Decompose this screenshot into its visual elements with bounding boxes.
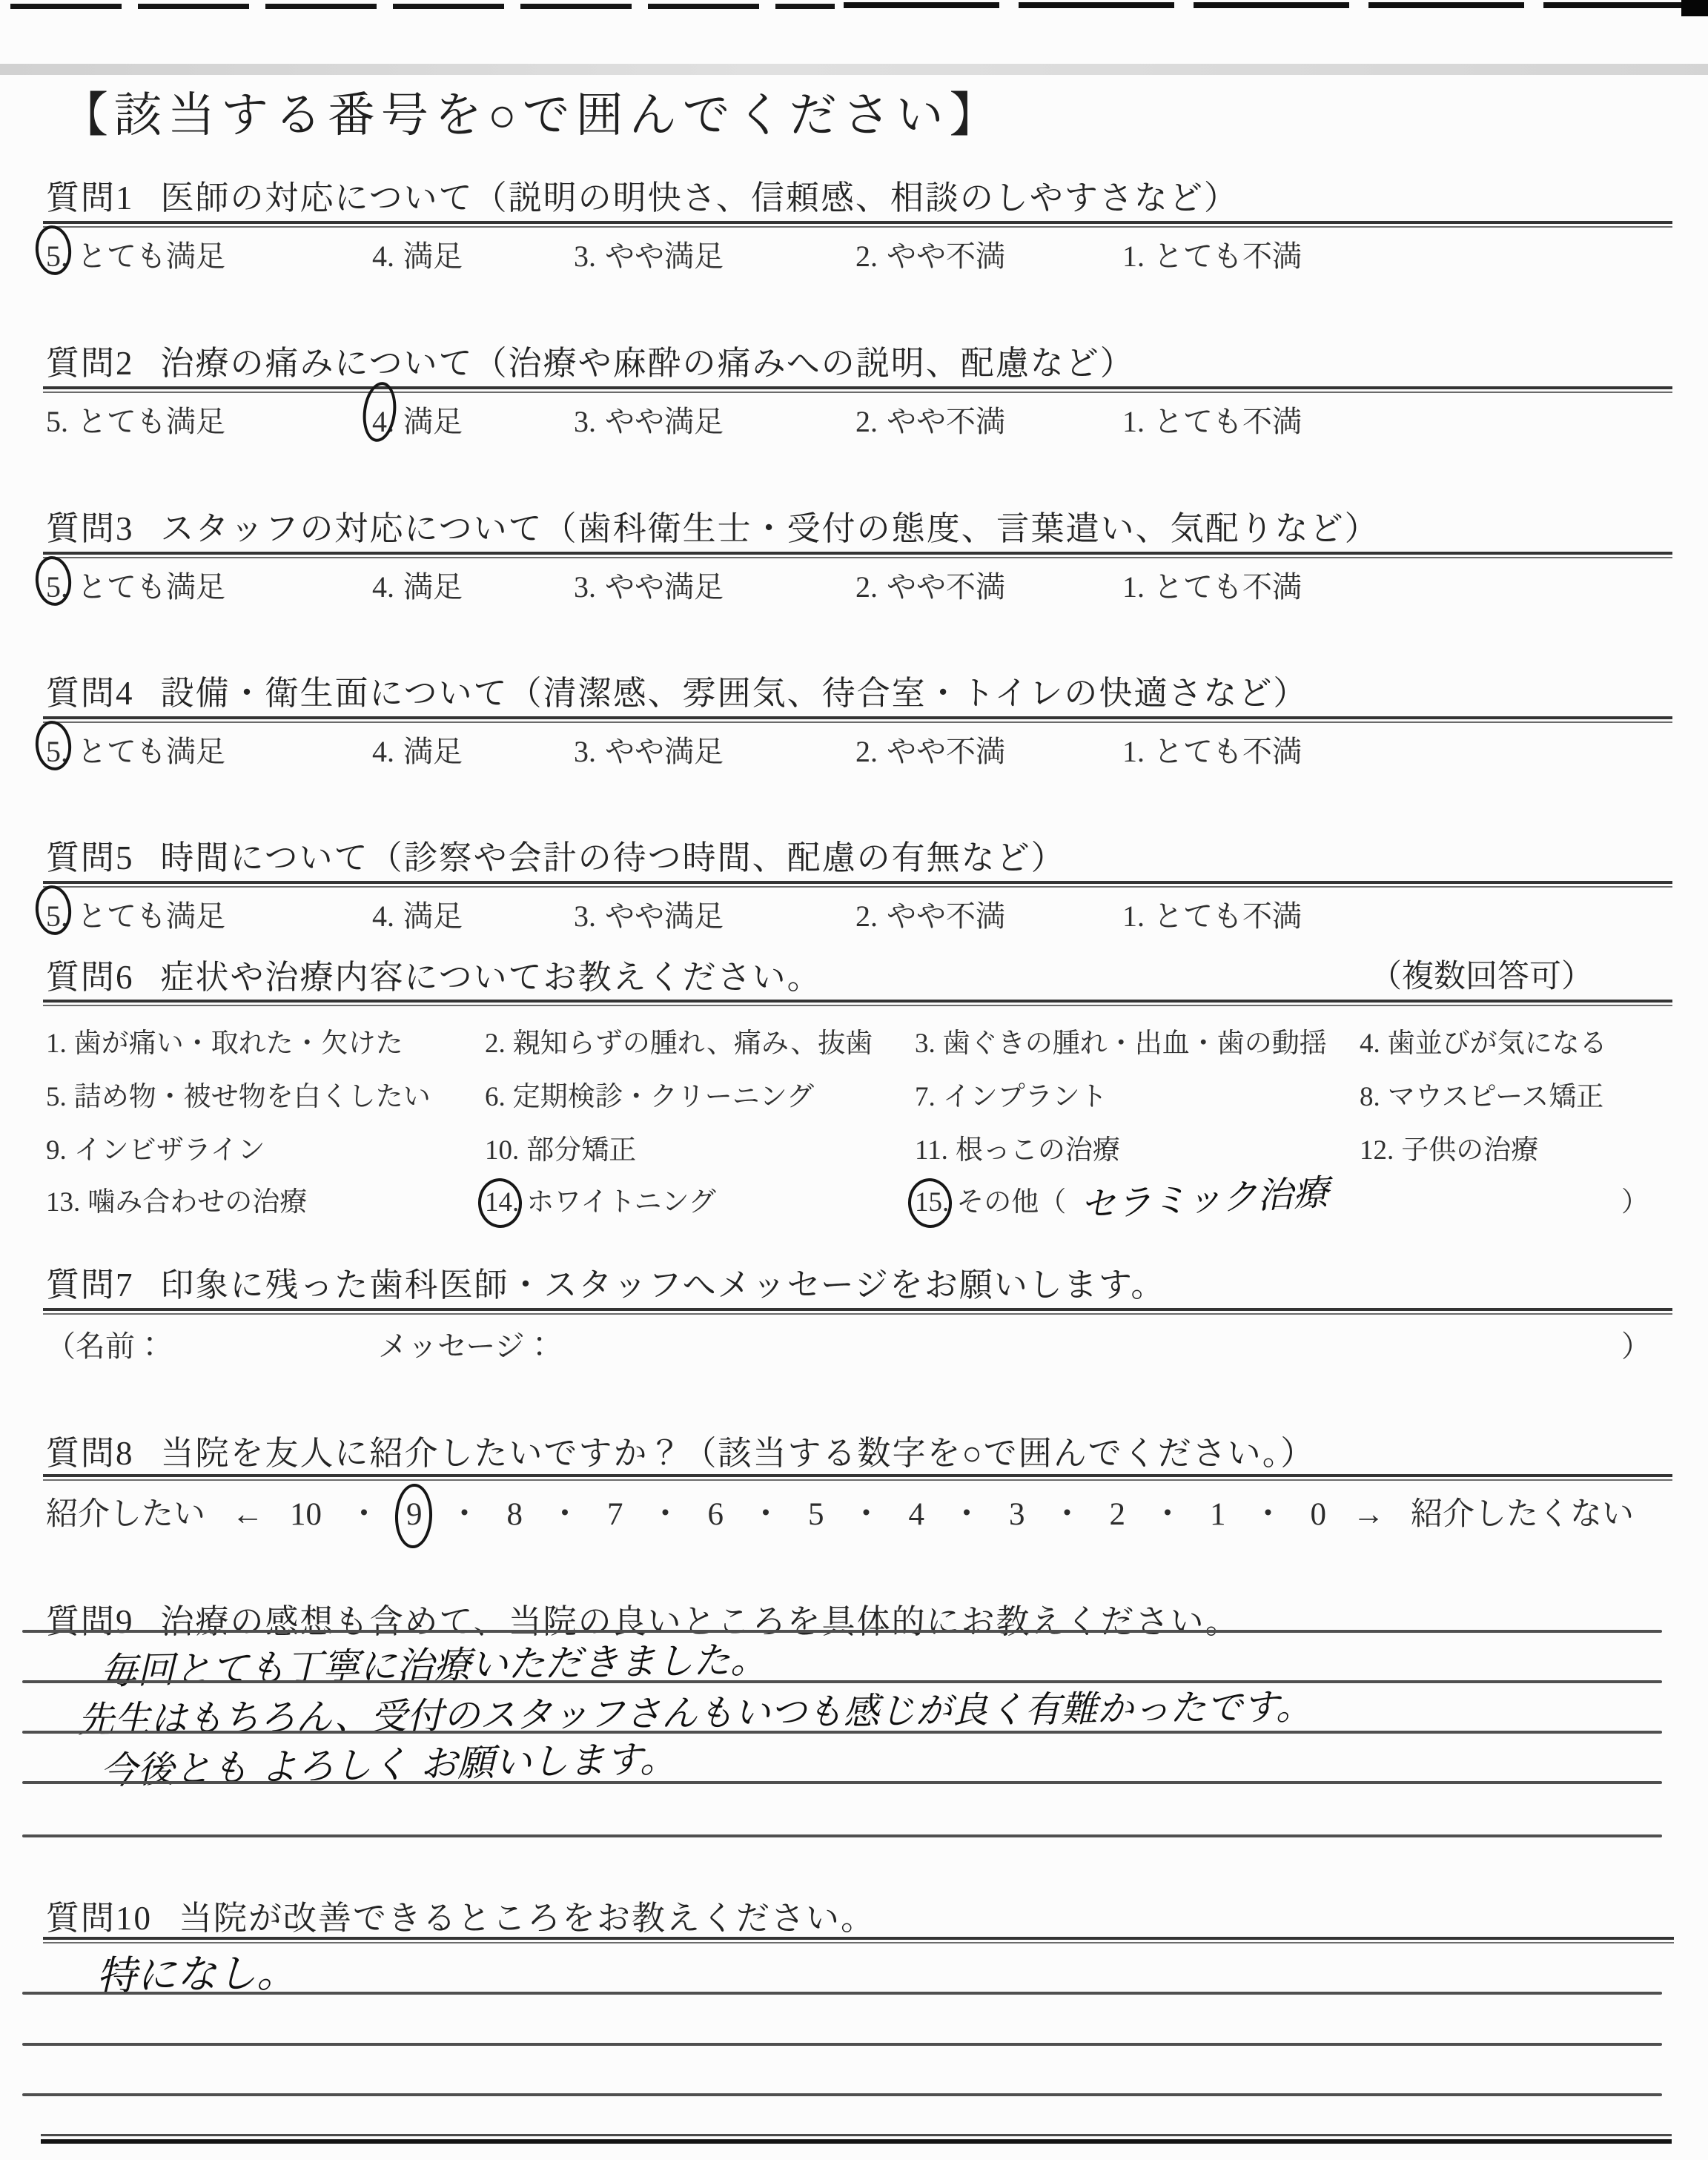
dot-separator: ・ (649, 1489, 681, 1534)
rating-option: 1.とても不満 (1122, 564, 1302, 606)
message-field-label: メッセージ： (378, 1323, 555, 1365)
scale-number: 8 (507, 1496, 523, 1533)
question1-header: 質問1医師の対応について（説明の明快さ、信頼感、相談のしやすさなど） (46, 171, 1239, 219)
page-title: 【該当する番号を○で囲んでください】 (61, 77, 1003, 145)
symptom-option: 4.歯並びが気になる (1360, 1020, 1607, 1060)
rating-option: 5.とても満足 (46, 233, 225, 275)
handwritten-other-answer: セラミック治療 (1079, 1163, 1329, 1227)
option-label: とても不満 (1153, 899, 1302, 933)
option-label: とても不満 (1153, 240, 1302, 273)
option-label: マウスピース矯正 (1388, 1082, 1604, 1112)
symptom-option: 9.インビザライン (46, 1127, 265, 1167)
question-text: 医師の対応について（説明の明快さ、信頼感、相談のしやすさなど） (161, 179, 1239, 217)
option-number: 6. (485, 1081, 506, 1113)
option-label: とても満足 (77, 570, 225, 604)
answer-line (22, 1630, 1662, 1633)
option-number: 4. (372, 239, 394, 274)
symptom-option: 14.ホワイトニング (485, 1179, 716, 1219)
symptom-row-3: 9.インビザライン 10.部分矯正 11.根っこの治療 12.子供の治療 (46, 1127, 1672, 1166)
answer-line (22, 1781, 1662, 1784)
scale-number: 0 (1311, 1496, 1327, 1533)
symptom-option-other: 15.その他（ (915, 1179, 1066, 1219)
option-number: 2. (485, 1028, 506, 1060)
option-label: 満足 (403, 735, 463, 768)
option-label: やや不満 (887, 570, 1005, 604)
question-text: 設備・衛生面について（清潔感、雰囲気、待合室・トイレの快適さなど） (161, 675, 1308, 712)
option-label: やや満足 (605, 570, 724, 604)
name-message-row: （名前： メッセージ： ） (46, 1323, 1672, 1364)
question-label: 質問9 (46, 1603, 134, 1640)
option-label: とても満足 (77, 405, 225, 438)
circled-option-number: 5. (46, 569, 68, 604)
question4-options-row: 5.とても満足 4.満足 3.やや満足 2.やや不満 1.とても不満 (46, 728, 1672, 771)
option-label: インプラント (943, 1082, 1108, 1112)
scale-number: 6 (708, 1496, 724, 1533)
option-number: 4. (1360, 1028, 1380, 1060)
option-label: 歯が痛い・取れた・欠けた (74, 1028, 403, 1059)
question5-underline (43, 881, 1672, 888)
option-label: 満足 (403, 405, 463, 438)
dot-separator: ・ (448, 1489, 480, 1534)
scan-artifact-corner (1681, 0, 1708, 16)
option-number: 1. (1122, 239, 1145, 274)
option-number: 13. (46, 1186, 80, 1218)
question-text: 当院が改善できるところをお教えください。 (179, 1900, 875, 1937)
rating-option: 2.やや不満 (855, 893, 1005, 935)
option-label: 満足 (403, 570, 463, 604)
symptom-option: 3.歯ぐきの腫れ・出血・歯の動揺 (915, 1020, 1327, 1060)
rating-option: 1.とても不満 (1122, 398, 1302, 440)
option-label: 詰め物・被せ物を白くしたい (74, 1082, 431, 1112)
rating-option: 1.とても不満 (1122, 893, 1302, 935)
option-label: インビザライン (74, 1135, 265, 1166)
option-label: 部分矯正 (526, 1135, 636, 1166)
rating-option: 3.やや満足 (574, 728, 724, 770)
option-number: 11. (915, 1135, 948, 1166)
circled-option-number: 5. (46, 734, 68, 769)
question5-header: 質問5時間について（診察や会計の待つ時間、配慮の有無など） (46, 830, 1066, 879)
scan-artifact-line-2 (844, 2, 1689, 8)
dot-separator: ・ (951, 1489, 983, 1534)
circled-option-number: 15. (915, 1186, 949, 1218)
rating-option: 3.やや満足 (574, 233, 724, 275)
option-label: 歯ぐきの腫れ・出血・歯の動揺 (943, 1028, 1327, 1059)
option-number: 2. (855, 734, 878, 769)
symptom-row-4: 13.噛み合わせの治療 14.ホワイトニング 15.その他（ セラミック治療 ） (46, 1179, 1672, 1231)
answer-line (22, 1992, 1662, 1995)
question-text: 当院を友人に紹介したいですか？（該当する数字を○で囲んでください。） (161, 1435, 1316, 1472)
question1-underline (43, 221, 1672, 228)
option-label: その他（ (956, 1187, 1066, 1218)
option-label: ホワイトニング (526, 1187, 716, 1218)
close-paren: ） (1621, 1179, 1649, 1219)
symptom-option: 6.定期検診・クリーニング (485, 1074, 814, 1114)
question-text: 治療の痛みについて（治療や麻酔の痛みへの説明、配慮など） (161, 345, 1135, 382)
option-number: 3. (574, 569, 596, 604)
scan-gray-band (0, 64, 1708, 75)
question6-underline (43, 1000, 1672, 1006)
dot-separator: ・ (549, 1489, 581, 1534)
dot-separator: ・ (850, 1489, 882, 1534)
option-label: とても満足 (77, 899, 225, 933)
rating-option: 4.満足 (372, 893, 463, 935)
circled-option-number: 14. (485, 1186, 519, 1218)
question4-underline (43, 716, 1672, 723)
question3-header: 質問3スタッフの対応について（歯科衛生士・受付の態度、言葉遣い、気配りなど） (46, 501, 1380, 549)
option-number: 3. (574, 899, 596, 934)
option-label: とても不満 (1153, 735, 1302, 768)
option-number: 2. (855, 404, 878, 439)
scale-number: 3 (1009, 1496, 1025, 1533)
symptom-option: 10.部分矯正 (485, 1127, 636, 1167)
option-label: とても不満 (1153, 405, 1302, 438)
question-label: 質問8 (46, 1435, 134, 1472)
question5-options-row: 5.とても満足 4.満足 3.やや満足 2.やや不満 1.とても不満 (46, 893, 1672, 936)
scale-number: 2 (1110, 1496, 1126, 1533)
question-text: 症状や治療内容についてお教えください。 (161, 959, 822, 996)
option-number: 8. (1360, 1081, 1380, 1113)
rating-option: 3.やや満足 (574, 893, 724, 935)
circled-option-number: 4. (372, 404, 394, 439)
option-number: 1. (1122, 899, 1145, 934)
rating-option: 2.やや不満 (855, 728, 1005, 770)
circled-option-number: 5. (46, 239, 68, 274)
option-number: 4. (372, 569, 394, 604)
question3-options-row: 5.とても満足 4.満足 3.やや満足 2.やや不満 1.とても不満 (46, 564, 1672, 607)
symptom-option: 8.マウスピース矯正 (1360, 1074, 1603, 1114)
option-number: 2. (855, 899, 878, 934)
rating-option: 1.とても不満 (1122, 728, 1302, 770)
option-label: やや満足 (605, 899, 724, 933)
question-label: 質問7 (46, 1266, 134, 1304)
question-label: 質問5 (46, 839, 134, 876)
survey-page: 【該当する番号を○で囲んでください】 質問1医師の対応について（説明の明快さ、信… (0, 0, 1708, 2160)
question8-underline (43, 1474, 1672, 1481)
option-label: 親知らずの腫れ、痛み、抜歯 (513, 1028, 873, 1059)
option-number: 1. (46, 1028, 67, 1060)
option-number: 3. (574, 404, 596, 439)
option-number: 1. (1122, 404, 1145, 439)
rating-option: 4.満足 (372, 564, 463, 606)
right-arrow-icon: → (1353, 1496, 1385, 1533)
circled-option-number: 5. (46, 899, 68, 934)
answer-line (22, 2093, 1662, 2096)
left-arrow-icon: ← (232, 1496, 264, 1533)
rating-option: 3.やや満足 (574, 564, 724, 606)
option-number: 4. (372, 899, 394, 934)
name-field-label: （名前： (46, 1323, 165, 1365)
question2-options-row: 5.とても満足 4.満足 3.やや満足 2.やや不満 1.とても不満 (46, 398, 1672, 441)
question6-header: 質問6症状や治療内容についてお教えください。 (46, 950, 822, 998)
question-text: 時間について（診察や会計の待つ時間、配慮の有無など） (161, 839, 1066, 876)
scale-left-label: 紹介したい (46, 1489, 205, 1534)
rating-option: 2.やや不満 (855, 398, 1005, 440)
option-number: 3. (574, 239, 596, 274)
question2-underline (43, 386, 1672, 393)
option-label: とても満足 (77, 735, 225, 768)
option-label: やや満足 (605, 735, 724, 768)
option-number: 4. (372, 734, 394, 769)
dot-separator: ・ (750, 1489, 782, 1534)
option-number: 2. (855, 239, 878, 274)
scan-artifact-line-1 (10, 4, 835, 9)
scale-number: 10 (290, 1496, 322, 1533)
option-label: 歯並びが気になる (1388, 1028, 1607, 1059)
question-label: 質問4 (46, 675, 134, 712)
question7-header: 質問7印象に残った歯科医師・スタッフへメッセージをお願いします。 (46, 1258, 1165, 1306)
symptom-row-2: 5.詰め物・被せ物を白くしたい 6.定期検診・クリーニング 7.インプラント 8… (46, 1074, 1672, 1112)
symptom-option: 7.インプラント (915, 1074, 1108, 1114)
question-label: 質問1 (46, 179, 134, 217)
symptom-option: 11.根っこの治療 (915, 1127, 1120, 1167)
question8-header: 質問8当院を友人に紹介したいですか？（該当する数字を○で囲んでください。） (46, 1426, 1315, 1474)
dot-separator: ・ (1252, 1489, 1284, 1534)
option-label: やや不満 (887, 735, 1005, 768)
question3-underline (43, 552, 1672, 558)
option-label: 満足 (403, 899, 463, 933)
multiple-answers-note: （複数回答可） (1370, 951, 1593, 997)
answer-line (22, 1731, 1662, 1734)
option-label: とても満足 (77, 240, 225, 273)
answer-line (22, 2043, 1662, 2046)
dot-separator: ・ (348, 1489, 380, 1534)
option-label: 根っこの治療 (956, 1135, 1120, 1166)
rating-option: 4.満足 (372, 398, 463, 440)
option-number: 5. (46, 404, 68, 439)
option-label: やや不満 (887, 899, 1005, 933)
close-paren: ） (1621, 1323, 1651, 1365)
option-label: 定期検診・クリーニング (513, 1082, 814, 1112)
option-number: 9. (46, 1135, 67, 1166)
answer-line (22, 1834, 1662, 1837)
question-label: 質問2 (46, 345, 134, 382)
option-number: 1. (1122, 569, 1145, 604)
question-text: スタッフの対応について（歯科衛生士・受付の態度、言葉遣い、気配りなど） (161, 510, 1380, 547)
rating-option: 3.やや満足 (574, 398, 724, 440)
symptom-option: 1.歯が痛い・取れた・欠けた (46, 1020, 403, 1060)
question-label: 質問3 (46, 510, 134, 547)
option-number: 1. (1122, 734, 1145, 769)
scale-number: 5 (808, 1496, 824, 1533)
recommend-scale: 紹介したい ← 10 ・ 9 ・ 8 ・ 7 ・ 6 ・ 5 ・ 4 ・ 3 ・… (46, 1489, 1634, 1534)
option-number: 12. (1360, 1135, 1394, 1166)
rating-option: 5.とても満足 (46, 398, 225, 440)
option-number: 3. (574, 734, 596, 769)
scale-number: 4 (909, 1496, 925, 1533)
question-label: 質問10 (46, 1900, 152, 1937)
question-text: 印象に残った歯科医師・スタッフへメッセージをお願いします。 (161, 1266, 1166, 1304)
rating-option: 5.とても満足 (46, 728, 225, 770)
symptom-option: 2.親知らずの腫れ、痛み、抜歯 (485, 1020, 873, 1060)
symptom-row-1: 1.歯が痛い・取れた・欠けた 2.親知らずの腫れ、痛み、抜歯 3.歯ぐきの腫れ・… (46, 1020, 1672, 1059)
option-number: 2. (855, 569, 878, 604)
option-number: 7. (915, 1081, 936, 1113)
option-number: 5. (46, 1081, 67, 1113)
rating-option: 2.やや不満 (855, 233, 1005, 275)
option-number: 10. (485, 1135, 519, 1166)
scale-right-label: 紹介したくない (1411, 1489, 1634, 1534)
symptom-option: 12.子供の治療 (1360, 1127, 1538, 1167)
option-number: 3. (915, 1028, 936, 1060)
option-label: やや不満 (887, 240, 1005, 273)
option-label: やや満足 (605, 405, 724, 438)
scale-number: 1 (1210, 1496, 1226, 1533)
handwritten-answer-line: 今後とも よろしく お願いします。 (99, 1729, 677, 1794)
rating-option: 4.満足 (372, 728, 463, 770)
option-label: とても不満 (1153, 570, 1302, 604)
question4-header: 質問4設備・衛生面について（清潔感、雰囲気、待合室・トイレの快適さなど） (46, 666, 1308, 714)
option-label: やや満足 (605, 240, 724, 273)
rating-option: 2.やや不満 (855, 564, 1005, 606)
question7-underline (43, 1308, 1672, 1315)
bottom-border-line (41, 2134, 1672, 2144)
symptom-option: 13.噛み合わせの治療 (46, 1179, 307, 1219)
question-label: 質問6 (46, 959, 134, 996)
option-label: 満足 (403, 240, 463, 273)
rating-option: 1.とても不満 (1122, 233, 1302, 275)
option-label: 噛み合わせの治療 (87, 1187, 307, 1218)
rating-option: 5.とても満足 (46, 564, 225, 606)
dot-separator: ・ (1152, 1489, 1184, 1534)
rating-option: 5.とても満足 (46, 893, 225, 935)
question10-header: 質問10当院が改善できるところをお教えください。 (46, 1891, 875, 1939)
option-label: 子供の治療 (1401, 1135, 1538, 1166)
dot-separator: ・ (1051, 1489, 1083, 1534)
circled-scale-number: 9 (406, 1496, 423, 1533)
rating-option: 4.満足 (372, 233, 463, 275)
scale-number: 7 (607, 1496, 623, 1533)
question1-options-row: 5.とても満足 4.満足 3.やや満足 2.やや不満 1.とても不満 (46, 233, 1672, 276)
option-label: やや不満 (887, 405, 1005, 438)
symptom-option: 5.詰め物・被せ物を白くしたい (46, 1074, 431, 1114)
question2-header: 質問2治療の痛みについて（治療や麻酔の痛みへの説明、配慮など） (46, 336, 1135, 384)
